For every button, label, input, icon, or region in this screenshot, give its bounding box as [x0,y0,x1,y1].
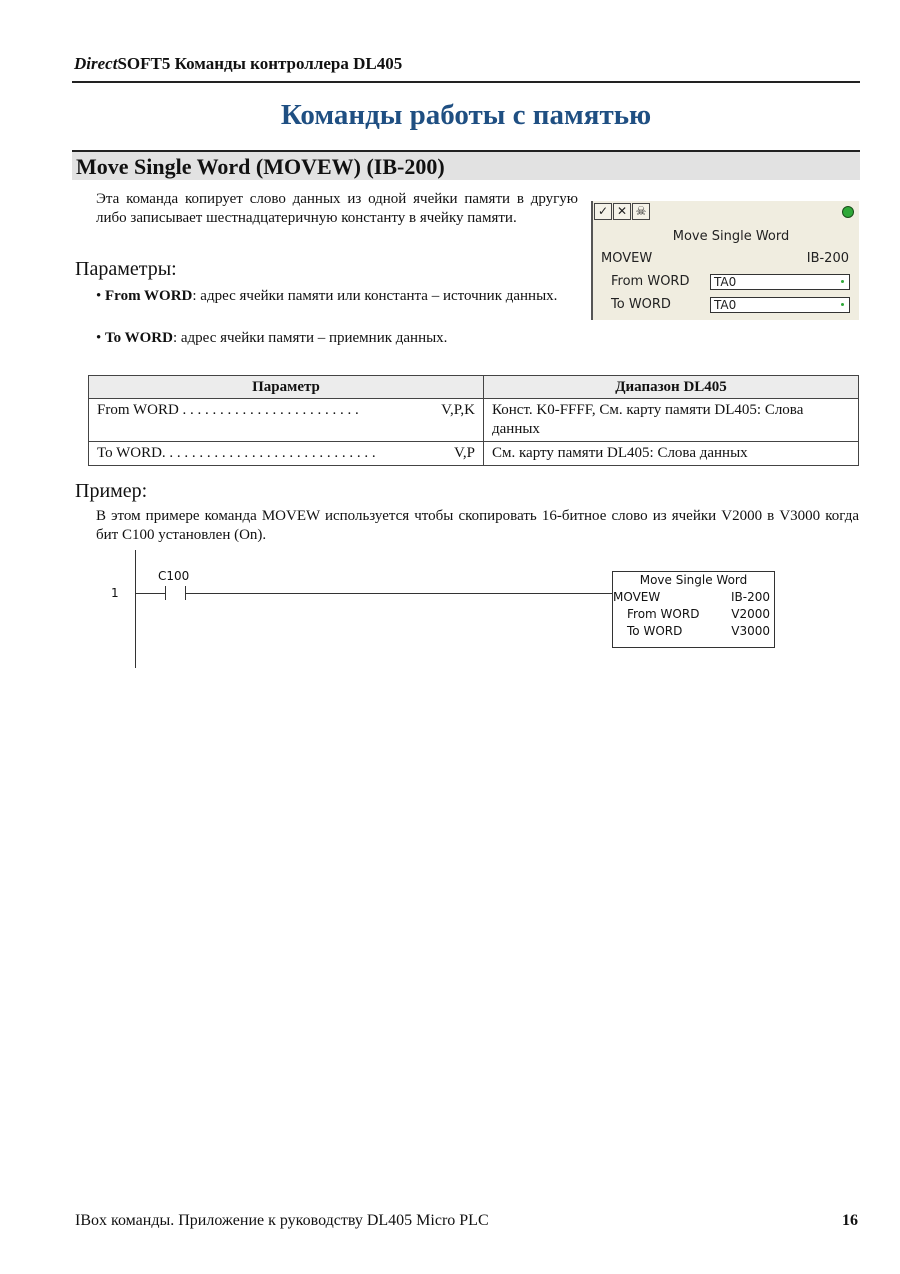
check-icon[interactable]: ✓ [594,203,612,220]
ladder-diagram: 1 C100 Move Single Word MOVEWIB-200 From… [100,548,800,673]
section-bar: Move Single Word (MOVEW) (IB-200) [72,150,860,180]
rung-wire [185,593,612,594]
ibox-row-label: To WORD [627,623,682,640]
dialog-title: Move Single Word [593,229,861,244]
movew-ibox: Move Single Word MOVEWIB-200 From WORDV2… [612,571,775,648]
param-types: V,P,K [441,401,475,420]
header-text: SOFT5 Команды контроллера DL405 [117,54,402,73]
rung-wire [136,593,165,594]
intro-paragraph: Эта команда копирует слово данных из одн… [96,190,578,228]
cell-param: From WORD . . . . . . . . . . . . . . . … [89,399,484,442]
ibox-title: Move Single Word [613,572,774,589]
ibox-row-value: V3000 [731,623,770,640]
param-label: From WORD . . . . . . . . . . . . . . . … [97,401,359,420]
param-name: To WORD [105,330,173,346]
rung-number: 1 [111,586,119,600]
help-icon[interactable]: ☠ [632,203,650,220]
left-power-rail [135,550,136,668]
param-desc: : адрес ячейки памяти – приемник данных. [173,330,447,346]
from-word-value: TA0 [714,275,736,289]
ibox-dialog: ✓ ✕ ☠ Move Single Word MOVEW IB-200 From… [591,201,859,320]
param-name: From WORD [105,288,192,304]
dialog-mnemonic: MOVEW [601,251,652,266]
status-led-icon [842,206,854,218]
cancel-icon[interactable]: ✕ [613,203,631,220]
cell-param: To WORD. . . . . . . . . . . . . . . . .… [89,442,484,466]
cell-range: См. карту памяти DL405: Слова данных [484,442,859,466]
ibox-mnemonic: MOVEW [613,589,660,606]
param-desc: : адрес ячейки памяти или константа – ис… [192,288,557,304]
valid-dot-icon [841,280,844,283]
ibox-row-label: From WORD [627,606,699,623]
cell-range: Конст. K0-FFFF, См. карту памяти DL405: … [484,399,859,442]
example-paragraph: В этом примере команда MOVEW используетс… [96,507,859,545]
dialog-code: IB-200 [807,251,849,266]
example-heading: Пример: [75,480,147,503]
to-word-label: To WORD [611,297,671,312]
ibox-row: From WORDV2000 [613,606,774,623]
section-title: Move Single Word (MOVEW) (IB-200) [76,154,445,180]
param-to-word: • To WORD: адрес ячейки памяти – приемни… [96,329,578,348]
ibox-header-row: MOVEWIB-200 [613,589,774,606]
page-number: 16 [842,1212,858,1230]
running-header: DirectSOFT5 Команды контроллера DL405 [74,54,402,74]
contact-label: C100 [158,569,189,583]
table-row: To WORD. . . . . . . . . . . . . . . . .… [89,442,859,466]
table-header-row: Параметр Диапазон DL405 [89,376,859,399]
ibox-code: IB-200 [731,589,770,606]
param-label: To WORD. . . . . . . . . . . . . . . . .… [97,444,376,463]
from-word-input[interactable]: TA0 [710,274,850,290]
params-heading: Параметры: [75,258,177,281]
header-rule [72,81,860,83]
brand-italic: Direct [74,54,117,73]
ibox-row-value: V2000 [731,606,770,623]
ibox-row: To WORDV3000 [613,623,774,640]
col-header-range: Диапазон DL405 [484,376,859,399]
to-word-input[interactable]: TA0 [710,297,850,313]
contact-icon [165,586,166,600]
col-header-param: Параметр [89,376,484,399]
from-word-label: From WORD [611,274,689,289]
to-word-value: TA0 [714,298,736,312]
table-row: From WORD . . . . . . . . . . . . . . . … [89,399,859,442]
parameter-table: Параметр Диапазон DL405 From WORD . . . … [88,375,859,466]
chapter-title: Команды работы с памятью [0,99,900,132]
footer-text: IBox команды. Приложение к руководству D… [75,1212,489,1230]
valid-dot-icon [841,303,844,306]
dialog-toolbar: ✓ ✕ ☠ [594,203,651,220]
param-from-word: • From WORD: адрес ячейки памяти или кон… [96,287,578,306]
param-types: V,P [454,444,475,463]
